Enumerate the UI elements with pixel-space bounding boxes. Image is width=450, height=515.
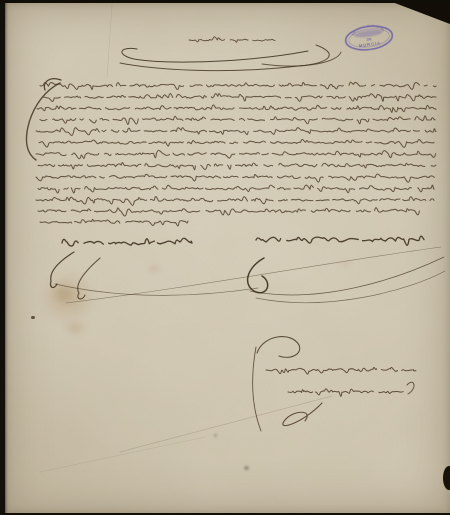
paper-grain: [5, 3, 450, 513]
document-scan: ARCHIVO MUNICIPAL DE MURCIA: [0, 0, 450, 515]
ink-layer: ARCHIVO MUNICIPAL DE MURCIA: [0, 0, 450, 515]
